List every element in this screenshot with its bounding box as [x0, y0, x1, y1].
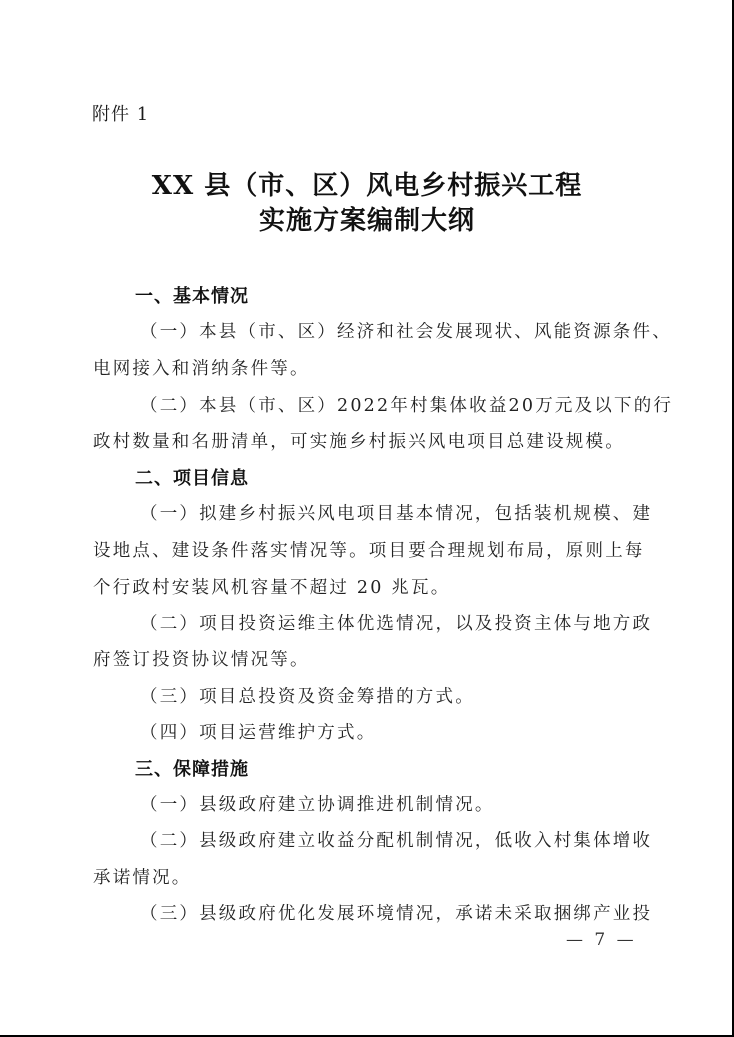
paragraph-line: 府签订投资协议情况等。 — [93, 646, 310, 671]
section-heading-safeguards: 三、保障措施 — [135, 755, 249, 781]
section-heading-project-info: 二、项目信息 — [135, 464, 249, 490]
paragraph-line: （三）县级政府优化发展环境情况，承诺未采取捆绑产业投 — [140, 900, 652, 925]
paragraph-line: 个行政村安装风机容量不超过 20 兆瓦。 — [93, 574, 450, 599]
document-page: 附件 1 XX 县（市、区）风电乡村振兴工程 实施方案编制大纲 一、基本情况 （… — [0, 0, 734, 1037]
paragraph-line: （二）县级政府建立收益分配机制情况，低收入村集体增收 — [140, 827, 652, 852]
document-title-line-2: 实施方案编制大纲 — [0, 200, 734, 237]
paragraph-line: （二）本县（市、区）2022年村集体收益20万元及以下的行 — [140, 392, 673, 417]
paragraph-line: 设地点、建设条件落实情况等。项目要合理规划布局，原则上每 — [93, 537, 645, 562]
paragraph-line: （三）项目总投资及资金筹措的方式。 — [140, 683, 475, 708]
attachment-label: 附件 1 — [92, 100, 149, 126]
paragraph-line: （一）县级政府建立协调推进机制情况。 — [140, 791, 495, 816]
paragraph-line: 电网接入和消纳条件等。 — [93, 355, 310, 380]
paragraph-line: 政村数量和名册清单，可实施乡村振兴风电项目总建设规模。 — [93, 428, 625, 453]
paragraph-line: （四）项目运营维护方式。 — [140, 719, 376, 744]
section-heading-basic-info: 一、基本情况 — [135, 282, 249, 308]
document-title-line-1: XX 县（市、区）风电乡村振兴工程 — [0, 165, 734, 202]
paragraph-line: （一）本县（市、区）经济和社会发展现状、风能资源条件、 — [140, 318, 672, 343]
page-number: — 7 — — [566, 930, 637, 950]
paragraph-line: （二）项目投资运维主体优选情况，以及投资主体与地方政 — [140, 610, 652, 635]
paragraph-line: 承诺情况。 — [93, 864, 192, 889]
paragraph-line: （一）拟建乡村振兴风电项目基本情况，包括装机规模、建 — [140, 500, 652, 525]
